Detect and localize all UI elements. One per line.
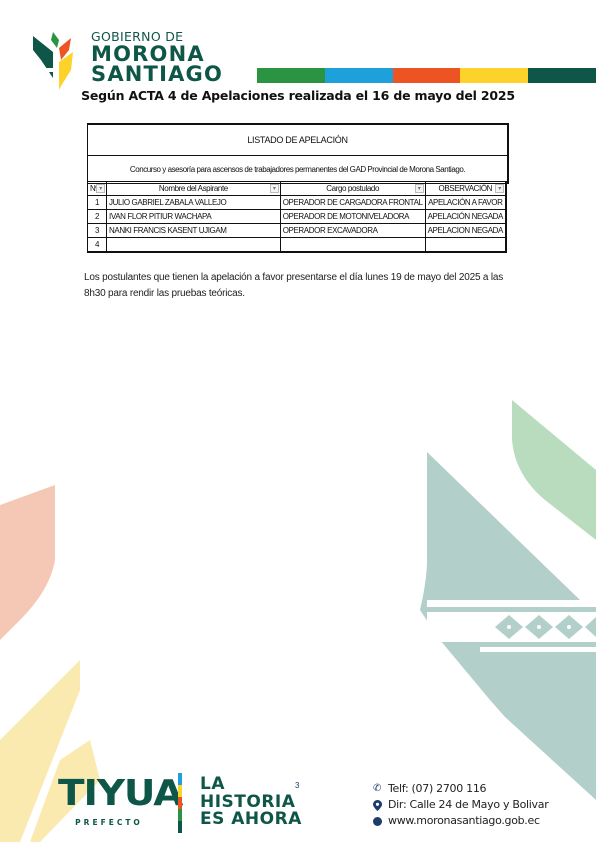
cell-cargo: OPERADOR DE MOTONIVELADORA xyxy=(280,210,425,224)
cell-number: 1 xyxy=(88,196,107,210)
cell-cargo: OPERADOR DE CARGADORA FRONTAL xyxy=(280,196,425,210)
green-leaf-shape xyxy=(512,400,596,540)
logo-line-2: MORONA xyxy=(91,44,223,64)
cell-name xyxy=(107,238,281,253)
table-row: 4 xyxy=(88,238,507,253)
table-title: LISTADO DE APELACIÓN xyxy=(88,125,507,156)
contact-info: ✆ Telf: (07) 2700 116 Dir: Calle 24 de M… xyxy=(372,781,548,829)
col-header-name[interactable]: Nombre del Aspirante ▾ xyxy=(107,182,281,196)
brand-color-bar xyxy=(257,68,596,83)
table-row: 2 IVAN FLOR PITIUR WACHAPA OPERADOR DE M… xyxy=(88,210,507,224)
color-bar-orange xyxy=(393,68,461,83)
filter-dropdown-icon[interactable]: ▾ xyxy=(415,184,424,193)
cell-cargo xyxy=(280,238,425,253)
col-header-name-label: Nombre del Aspirante xyxy=(159,184,228,193)
color-bar-blue xyxy=(325,68,393,83)
table-row: 3 NANKI FRANCIS KASENT UJIGAM OPERADOR E… xyxy=(88,224,507,238)
phone-text: Telf: (07) 2700 116 xyxy=(388,781,486,797)
filter-dropdown-icon[interactable]: ▾ xyxy=(96,184,105,193)
slogan-line-1: LA xyxy=(200,776,302,794)
contact-address: Dir: Calle 24 de Mayo y Bolivar xyxy=(372,797,548,813)
slogan: LA HISTORIA ES AHORA xyxy=(200,776,302,829)
cell-number: 3 xyxy=(88,224,107,238)
contact-website[interactable]: www.moronasantiago.gob.ec xyxy=(372,813,548,829)
address-text: Dir: Calle 24 de Mayo y Bolivar xyxy=(388,797,548,813)
gobierno-logo-icon xyxy=(33,30,79,90)
appeal-list-header: LISTADO DE APELACIÓN Concurso y asesoría… xyxy=(87,123,509,184)
cell-name: JULIO GABRIEL ZABALA VALLEJO xyxy=(107,196,281,210)
document-title: Según ACTA 4 de Apelaciones realizada el… xyxy=(0,88,596,103)
color-bar-yellow xyxy=(460,68,528,83)
globe-icon xyxy=(372,816,382,826)
contact-phone: ✆ Telf: (07) 2700 116 xyxy=(372,781,548,797)
gobierno-logo-text: GOBIERNO DE MORONA SANTIAGO xyxy=(91,30,223,84)
cell-number: 4 xyxy=(88,238,107,253)
website-link[interactable]: www.moronasantiago.gob.ec xyxy=(388,813,540,829)
tiyua-prefecto-logo: TIYUA PREFECTO xyxy=(58,775,160,827)
peach-leaf-shape xyxy=(0,485,55,640)
page-number: 3 xyxy=(295,781,299,790)
col-header-number[interactable]: Nº ▾ xyxy=(88,182,107,196)
color-bar-green xyxy=(257,68,325,83)
tiyua-wordmark: TIYUA xyxy=(58,775,168,813)
instructions-paragraph: Los postulantes que tienen la apelación … xyxy=(84,270,514,302)
table-subtitle: Concurso y asesoría para ascensos de tra… xyxy=(88,156,507,184)
col-header-cargo[interactable]: Cargo postulado ▾ xyxy=(280,182,425,196)
phone-icon: ✆ xyxy=(372,784,382,794)
footer-color-divider xyxy=(178,773,182,833)
diamond-pattern xyxy=(495,615,596,639)
filter-dropdown-icon[interactable]: ▾ xyxy=(270,184,279,193)
col-header-cargo-label: Cargo postulado xyxy=(326,184,379,193)
cell-name: IVAN FLOR PITIUR WACHAPA xyxy=(107,210,281,224)
cell-cargo: OPERADOR EXCAVADORA xyxy=(280,224,425,238)
filter-dropdown-icon[interactable]: ▾ xyxy=(495,184,504,193)
table-row: 1 JULIO GABRIEL ZABALA VALLEJO OPERADOR … xyxy=(88,196,507,210)
cell-observacion: APELACIÓN NEGADA xyxy=(425,210,506,224)
color-bar-darkgreen xyxy=(528,68,596,83)
cell-number: 2 xyxy=(88,210,107,224)
col-header-observacion[interactable]: OBSERVACIÓN ▾ xyxy=(425,182,506,196)
col-header-observacion-label: OBSERVACIÓN xyxy=(439,184,493,193)
logo-line-3: SANTIAGO xyxy=(91,64,223,84)
cell-name: NANKI FRANCIS KASENT UJIGAM xyxy=(107,224,281,238)
slogan-line-3: ES AHORA xyxy=(200,811,302,829)
cell-observacion xyxy=(425,238,506,253)
cell-observacion: APELACIÓN A FAVOR xyxy=(425,196,506,210)
table-header-row: Nº ▾ Nombre del Aspirante ▾ Cargo postul… xyxy=(88,182,507,196)
appeal-table: Nº ▾ Nombre del Aspirante ▾ Cargo postul… xyxy=(87,181,507,253)
location-pin-icon xyxy=(372,800,382,810)
cell-observacion: APELACION NEGADA xyxy=(425,224,506,238)
teal-leaf-shape xyxy=(420,452,596,800)
prefecto-label: PREFECTO xyxy=(58,818,160,827)
